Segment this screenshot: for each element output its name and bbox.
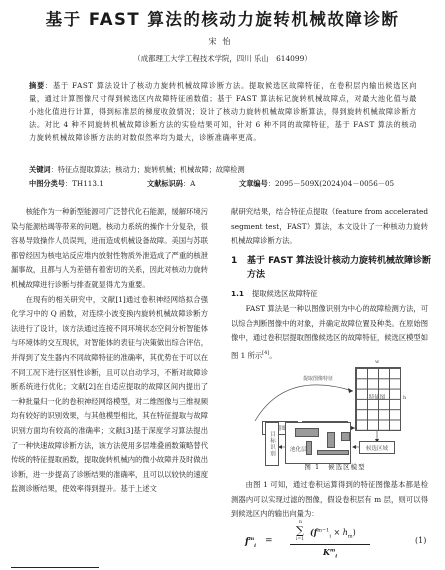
clc-label: 中图分类号 [29,179,65,188]
figure-candidate-model: 提取图像特征 待测图像 卷积神经网络 特征图 w h 池化层 候选区域 目标识别 [225,355,445,465]
section-number: 1 [231,254,237,268]
abstract-text: ：基于 FAST 算法设计了核动力旋转机械故障诊断方法。提取候选区故障特征，在卷… [29,81,417,142]
keywords-label: 关键词 [29,165,51,174]
caption-number: 图 1 [304,463,320,471]
pooling-block [327,432,335,448]
equals-sign: = [265,536,273,546]
subsection-heading: 1.1提取候选区故障特征 [231,288,318,300]
paragraph-text: FAST 算法是一种以图像识别为中心的故障检测方法，可以综合判断图像中的对象，并… [231,304,428,360]
body-paragraph: 献研究结果，结合特征点提取（feature from accelerated s… [231,205,428,249]
subsection-number: 1.1 [231,289,244,298]
equation-denominator: Kmi [323,547,337,560]
affiliation: （成都理工大学工程技术学院，四川 乐山 614099） [0,53,445,64]
pooling-block [306,441,312,455]
section-title: 基于 FAST 算法设计核动力旋转机械故障诊断方法 [247,254,431,282]
pooling-label: 池化层 [290,445,307,453]
label-extract-features: 提取图像特征 [303,375,333,382]
equation-number: (1) [415,536,426,545]
grid-height-label: h [403,395,406,401]
pooling-block [341,432,350,441]
clc-value: ：TH113.1 [65,179,104,188]
paper-title: 基于 FAST 算法的核动力旋转机械故障诊断 [0,6,445,30]
box-target-recognition: 目标识别 [265,422,279,466]
body-paragraph: 由图 1 可知，通过卷积运算得到的特征图像基本都是检测器内可以实现过滤的图像，假… [231,478,428,522]
article-no-label: 文章编号 [239,179,268,188]
author-name: 宋怡 [0,36,445,47]
equation-1: fmi = n∑i=1(fm−1i × hm) Kmi (1) [245,522,440,567]
left-column: 核能作为一种新型能源可广泛替代化石能源，缓解环境污染与能源枯竭等带来的问题。核动… [11,205,208,497]
body-paragraph: 在现有的相关研究中，文献[1]通过卷积神经网络拟合强化学习中的 Q 函数，对连续… [11,293,208,497]
body-paragraph: 核能作为一种新型能源可广泛替代化石能源，缓解环境污染与能源枯竭等带来的问题。核动… [11,205,208,293]
doc-code-label: 文献标识码 [147,179,183,188]
abstract-label: 摘要 [29,81,45,90]
abstract: 摘要：基于 FAST 算法设计了核动力旋转机械故障诊断方法。提取候选区故障特征，… [29,79,417,144]
classification-row: 中图分类号：TH113.1文献标识码：A文章编号：2095－509X(2024)… [29,178,417,190]
footnote-divider [11,567,99,568]
feature-map-label: 特征图 [355,393,399,401]
article-no-value: ：2095－509X(2024)04－0056－05 [268,179,394,188]
fraction-bar [290,544,370,545]
caption-text: 候选区模型 [328,463,366,471]
box-candidate-region: 候选区域 [359,441,395,454]
subsection-title: 提取候选区故障特征 [252,289,318,298]
right-column-body-2: 由图 1 可知，通过卷积运算得到的特征图像基本都是检测器内可以实现过滤的图像，假… [231,478,428,522]
figure-caption: 图 1候选区模型 [225,462,445,471]
grid-width-label: w [375,359,379,365]
keywords: 关键词：特征点提取算法；核动力；旋转机械；机械故障；故障检测 [29,164,417,176]
keywords-text: ：特征点提取算法；核动力；旋转机械；机械故障；故障检测 [51,165,245,174]
pooling-block [317,450,349,455]
doc-code-value: ：A [183,179,195,188]
pooling-block [295,428,319,437]
equation-lhs: fmi [245,536,256,549]
right-column-intro: 献研究结果，结合特征点提取（feature from accelerated s… [231,205,428,249]
